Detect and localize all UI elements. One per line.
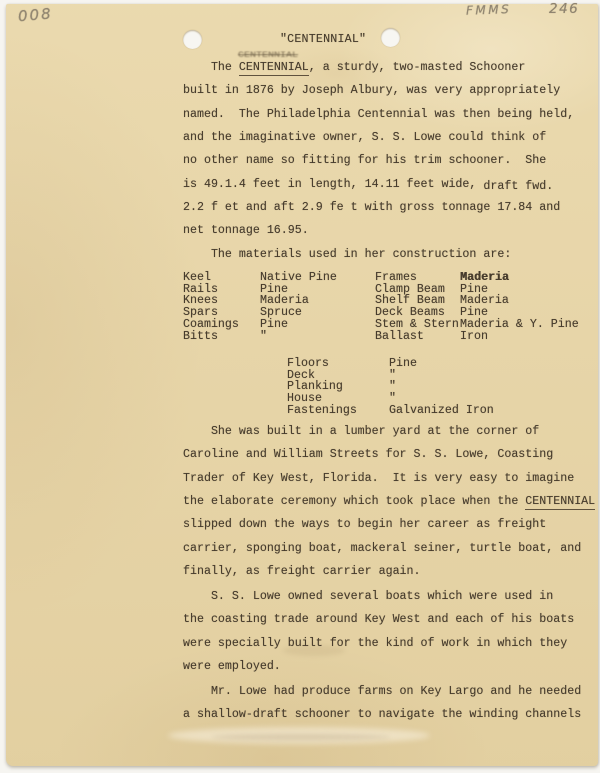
materials-table2-row: FloorsPine	[0, 358, 600, 370]
materials-table-cell: Native Pine	[260, 272, 337, 284]
text-line: no other name so fitting for his trim sc…	[183, 149, 593, 172]
materials-table-cell: "	[260, 331, 267, 343]
text-line: She was built in a lumber yard at the co…	[183, 420, 593, 443]
text-line: Caroline and William Streets for S. S. L…	[183, 443, 593, 466]
handwritten-doc-number: 008	[17, 5, 53, 26]
text-line: a shallow-draft schooner to navigate the…	[183, 703, 593, 726]
materials-table2-row: FasteningsGalvanized Iron	[0, 405, 600, 417]
scanned-document-page: { "page": { "handwritten": { "doc_number…	[0, 0, 600, 773]
materials-table-cell: Bitts	[183, 331, 218, 343]
materials-table-cell: Maderia & Y. Pine	[460, 319, 579, 331]
hole-punch-left	[183, 30, 202, 49]
materials-table-cell: Maderia	[460, 272, 509, 284]
materials-table2-cell: Floors	[287, 358, 329, 370]
handwritten-collection-code: FMMS	[466, 2, 512, 18]
text-line: named. The Philadelphia Centennial was t…	[183, 103, 593, 126]
paragraph: She was built in a lumber yard at the co…	[183, 420, 593, 583]
text-line: were employed.	[183, 655, 593, 678]
materials-table-row: Bitts"BallastIron	[0, 331, 600, 343]
handwritten-page-number: 246	[549, 1, 579, 17]
materials-table2-cell: Galvanized Iron	[389, 405, 494, 417]
text-line: The CENTENNIAL, a sturdy, two-masted Sch…	[183, 56, 593, 79]
text-line: and the imaginative owner, S. S. Lowe co…	[183, 126, 593, 149]
materials-table-cell: Iron	[460, 331, 488, 343]
materials-table-cell: Ballast	[375, 331, 424, 343]
text-line: the coasting trade around Key West and e…	[183, 608, 593, 631]
materials-table-cell: Keel	[183, 272, 211, 284]
text-line: 2.2 f et and aft 2.9 fe t with gross ton…	[183, 196, 593, 219]
text-line: slipped down the ways to begin her caree…	[183, 513, 593, 536]
text-line: finally, as freight carrier again.	[183, 560, 593, 583]
paragraph: S. S. Lowe owned several boats which wer…	[183, 585, 593, 678]
text-line: were specially built for the kind of wor…	[183, 632, 593, 655]
document-title: "CENTENNIAL"	[280, 33, 366, 47]
text-line: The materials used in her construction a…	[183, 243, 593, 266]
materials-table-row: KeelNative PineFramesMaderia	[0, 272, 600, 284]
text-line: is 49.1.4 feet in length, 14.11 feet wid…	[183, 173, 593, 196]
text-line: built in 1876 by Joseph Albury, was very…	[183, 79, 593, 102]
paragraph: Mr. Lowe had produce farms on Key Largo …	[183, 680, 593, 727]
stain	[212, 734, 390, 740]
materials-table2-cell: Fastenings	[287, 405, 357, 417]
paragraph: The CENTENNIAL, a sturdy, two-masted Sch…	[183, 56, 593, 243]
text-line: carrier, sponging boat, mackeral seiner,…	[183, 537, 593, 560]
text-line: net tonnage 16.95.	[183, 219, 593, 242]
materials-table-cell: Stem & Stern	[375, 319, 459, 331]
materials-table-cell: Frames	[375, 272, 417, 284]
text-line: S. S. Lowe owned several boats which wer…	[183, 585, 593, 608]
text-line: Trader of Key West, Florida. It is very …	[183, 467, 593, 490]
text-line: the elaborate ceremony which took place …	[183, 490, 593, 513]
paragraph: The materials used in her construction a…	[183, 243, 593, 266]
materials-table-cell: Coamings	[183, 319, 239, 331]
materials-table-cell: Pine	[260, 319, 288, 331]
materials-table2-cell: Pine	[389, 358, 417, 370]
hole-punch-right	[381, 28, 400, 47]
text-line: Mr. Lowe had produce farms on Key Largo …	[183, 680, 593, 703]
materials-table-row: CoamingsPineStem & SternMaderia & Y. Pin…	[0, 319, 600, 331]
typewritten-document: 008 FMMS 246 CENTENNIAL "CENTENNIAL" The…	[0, 0, 600, 773]
stain	[283, 645, 345, 656]
